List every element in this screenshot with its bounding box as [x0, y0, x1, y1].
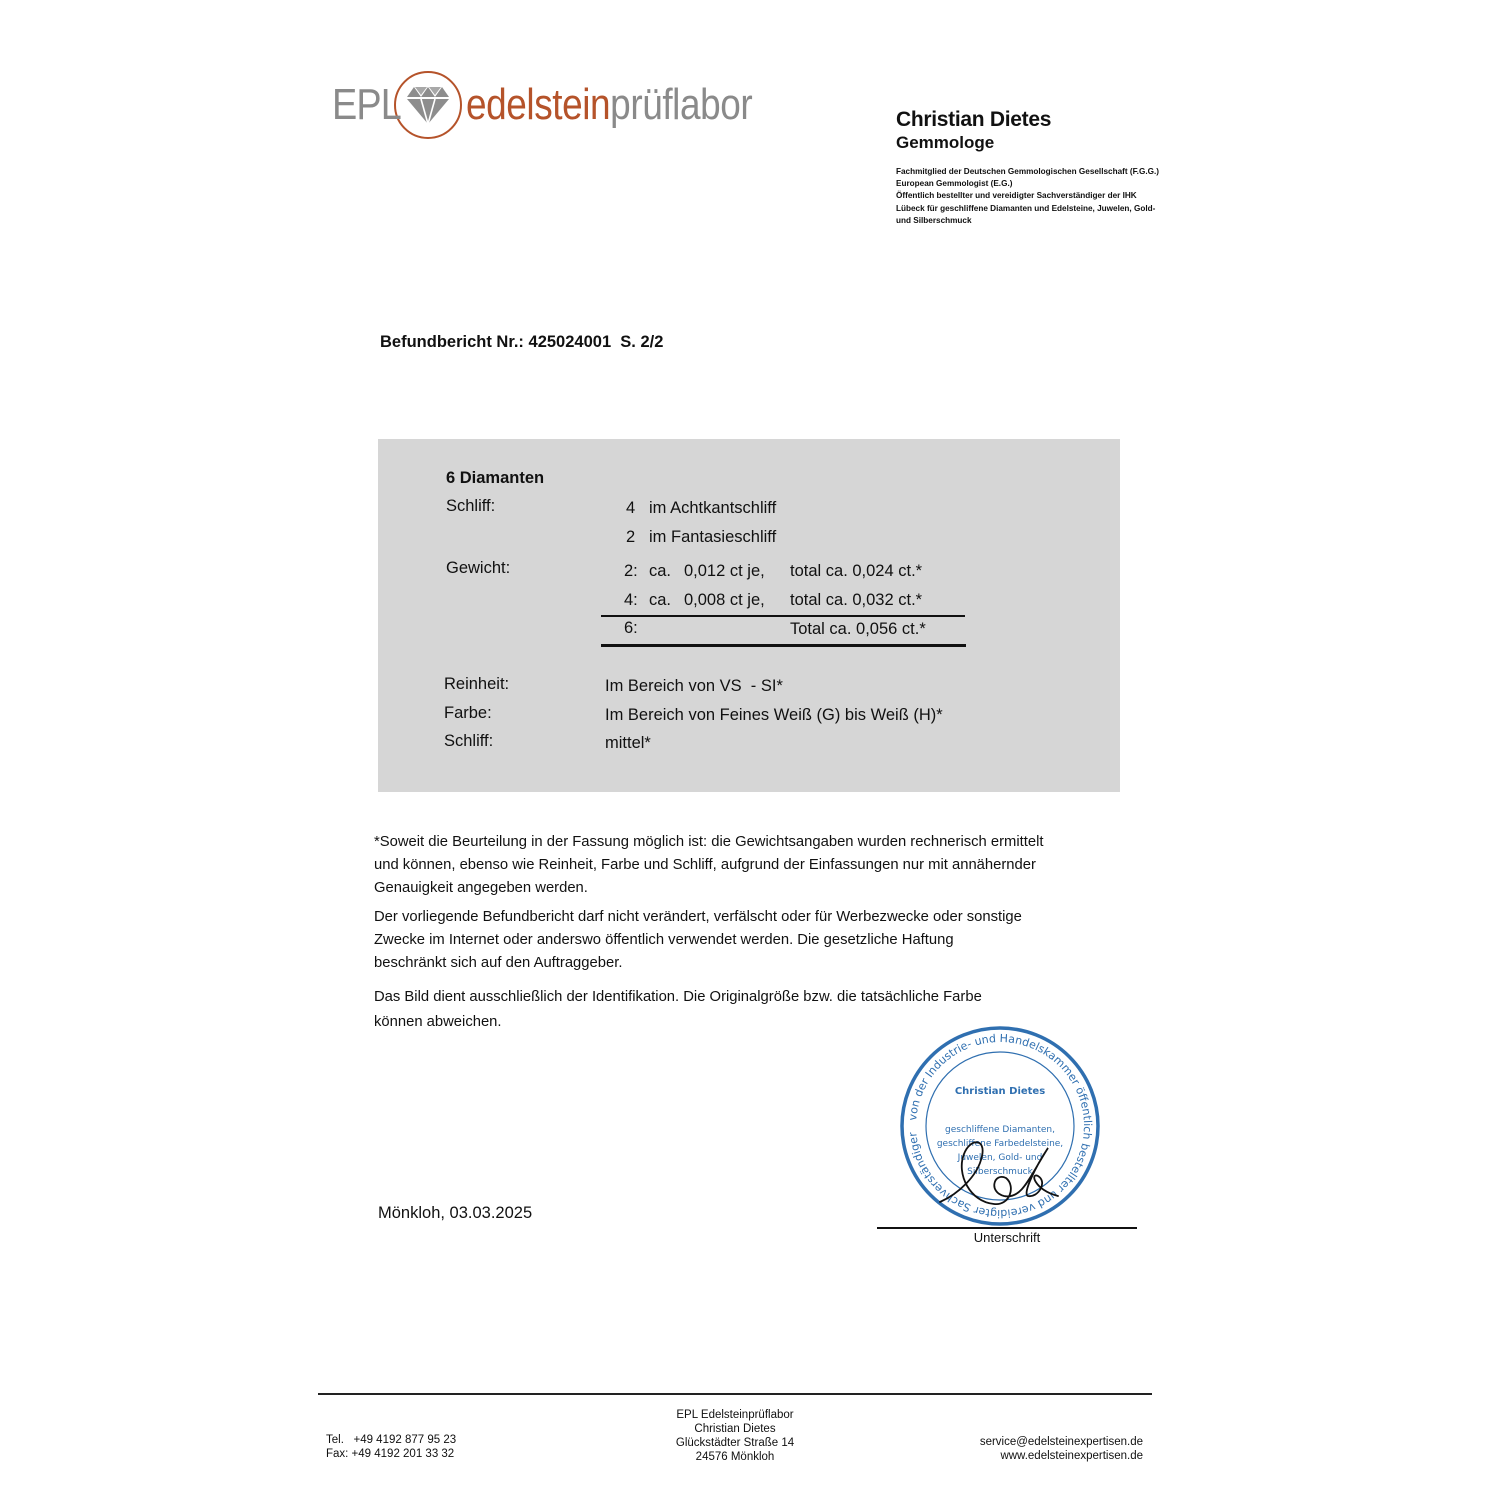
svg-text:Juwelen, Gold- und: Juwelen, Gold- und	[957, 1153, 1043, 1163]
logo-wordmark: edelsteinprüflabor	[466, 80, 752, 130]
cut-label: Schliff:	[446, 497, 495, 516]
sum-rule-bottom	[601, 644, 966, 647]
weight-sum-total: Total ca. 0,056 ct.*	[790, 620, 926, 639]
footer-online: service@edelsteinexpertisen.de www.edels…	[900, 1435, 1143, 1463]
report-page: S. 2/2	[620, 333, 663, 351]
weight-count: 2:	[624, 562, 638, 581]
qualification-line: Öffentlich bestellter und vereidigter Sa…	[896, 190, 1196, 202]
footer-contact-phone: Tel. +49 4192 877 95 23 Fax: +49 4192 20…	[326, 1433, 456, 1461]
author-title: Gemmologe	[896, 133, 994, 153]
grade-label: Reinheit:	[444, 675, 509, 694]
weight-total: total ca. 0,024 ct.*	[790, 562, 922, 581]
sum-rule-top	[601, 615, 965, 617]
footer-fax: Fax: +49 4192 201 33 32	[326, 1447, 456, 1461]
weight-each: 0,008 ct je,	[684, 591, 765, 610]
disclaimer-line: und können, ebenso wie Reinheit, Farbe u…	[374, 854, 1114, 877]
weight-count: 4:	[624, 591, 638, 610]
disclaimer-line: Der vorliegende Befundbericht darf nicht…	[374, 906, 1114, 929]
svg-text:geschliffene Farbedelsteine,: geschliffene Farbedelsteine,	[937, 1139, 1063, 1149]
cut-type: im Achtkantschliff	[649, 499, 776, 518]
footer-street: Glückstädter Straße 14	[610, 1436, 860, 1450]
signature-line	[877, 1227, 1137, 1229]
weight-sum-count: 6:	[624, 619, 638, 638]
report-title: Befundbericht Nr.: 425024001 S. 2/2	[380, 333, 663, 352]
footer-phone: Tel. +49 4192 877 95 23	[326, 1433, 456, 1447]
place-date: Mönkloh, 03.03.2025	[378, 1204, 532, 1223]
qualification-line: European Gemmologist (E.G.)	[896, 178, 1196, 190]
logo-word-rest: prüflabor	[610, 80, 752, 129]
report-label: Befundbericht Nr.:	[380, 333, 524, 351]
weight-label: Gewicht:	[446, 559, 510, 578]
grade-label: Schliff:	[444, 732, 493, 751]
report-number: 425024001	[529, 333, 612, 351]
footer-email[interactable]: service@edelsteinexpertisen.de	[900, 1435, 1143, 1449]
disclaimer-line: Genauigkeit angegeben werden.	[374, 877, 1114, 900]
disclaimer-estimation: *Soweit die Beurteilung in der Fassung m…	[374, 831, 1114, 900]
cut-count: 4	[626, 499, 635, 518]
grade-label: Farbe:	[444, 704, 492, 723]
lab-logo: EPL edelsteinprüflabor	[332, 68, 807, 142]
disclaimer-line: Zwecke im Internet oder anderswo öffentl…	[374, 929, 1114, 952]
grade-value: Im Bereich von VS - SI*	[605, 677, 783, 696]
logo-word-accent: edelstein	[466, 80, 610, 129]
footer-address: EPL Edelsteinprüflabor Christian Dietes …	[610, 1408, 860, 1464]
disclaimer-line: *Soweit die Beurteilung in der Fassung m…	[374, 831, 1114, 854]
logo-badge	[394, 71, 462, 139]
summary-box: 6 Diamanten Schliff: 4 im Achtkantschlif…	[378, 439, 1120, 792]
signature-label: Unterschrift	[877, 1230, 1137, 1245]
footer-person: Christian Dietes	[610, 1422, 860, 1436]
footer-company: EPL Edelsteinprüflabor	[610, 1408, 860, 1422]
weight-approx: ca.	[649, 591, 671, 610]
grade-value: mittel*	[605, 734, 651, 753]
author-qualifications: Fachmitglied der Deutschen Gemmologische…	[896, 166, 1196, 227]
disclaimer-usage: Der vorliegende Befundbericht darf nicht…	[374, 906, 1114, 975]
qualification-line: und Silberschmuck	[896, 215, 1196, 227]
weight-approx: ca.	[649, 562, 671, 581]
weight-each: 0,012 ct je,	[684, 562, 765, 581]
grade-value: Im Bereich von Feines Weiß (G) bis Weiß …	[605, 706, 943, 725]
author-name: Christian Dietes	[896, 108, 1051, 132]
disclaimer-line: beschränkt sich auf den Auftraggeber.	[374, 952, 1114, 975]
footer-website[interactable]: www.edelsteinexpertisen.de	[900, 1449, 1143, 1463]
diamond-icon	[405, 85, 451, 125]
weight-total: total ca. 0,032 ct.*	[790, 591, 922, 610]
svg-text:geschliffene Diamanten,: geschliffene Diamanten,	[945, 1125, 1055, 1135]
qualification-line: Lübeck für geschliffene Diamanten und Ed…	[896, 203, 1196, 215]
cut-type: im Fantasieschliff	[649, 528, 776, 547]
svg-text:Christian Dietes: Christian Dietes	[955, 1086, 1045, 1097]
footer-divider	[318, 1393, 1152, 1395]
official-stamp: von der Industrie- und Handelskammer öff…	[898, 1026, 1102, 1226]
qualification-line: Fachmitglied der Deutschen Gemmologische…	[896, 166, 1196, 178]
logo-prefix: EPL	[332, 80, 382, 130]
stone-heading: 6 Diamanten	[446, 469, 544, 488]
disclaimer-line: Das Bild dient ausschließlich der Identi…	[374, 985, 1114, 1010]
cut-count: 2	[626, 528, 635, 547]
footer-city: 24576 Mönkloh	[610, 1450, 860, 1464]
